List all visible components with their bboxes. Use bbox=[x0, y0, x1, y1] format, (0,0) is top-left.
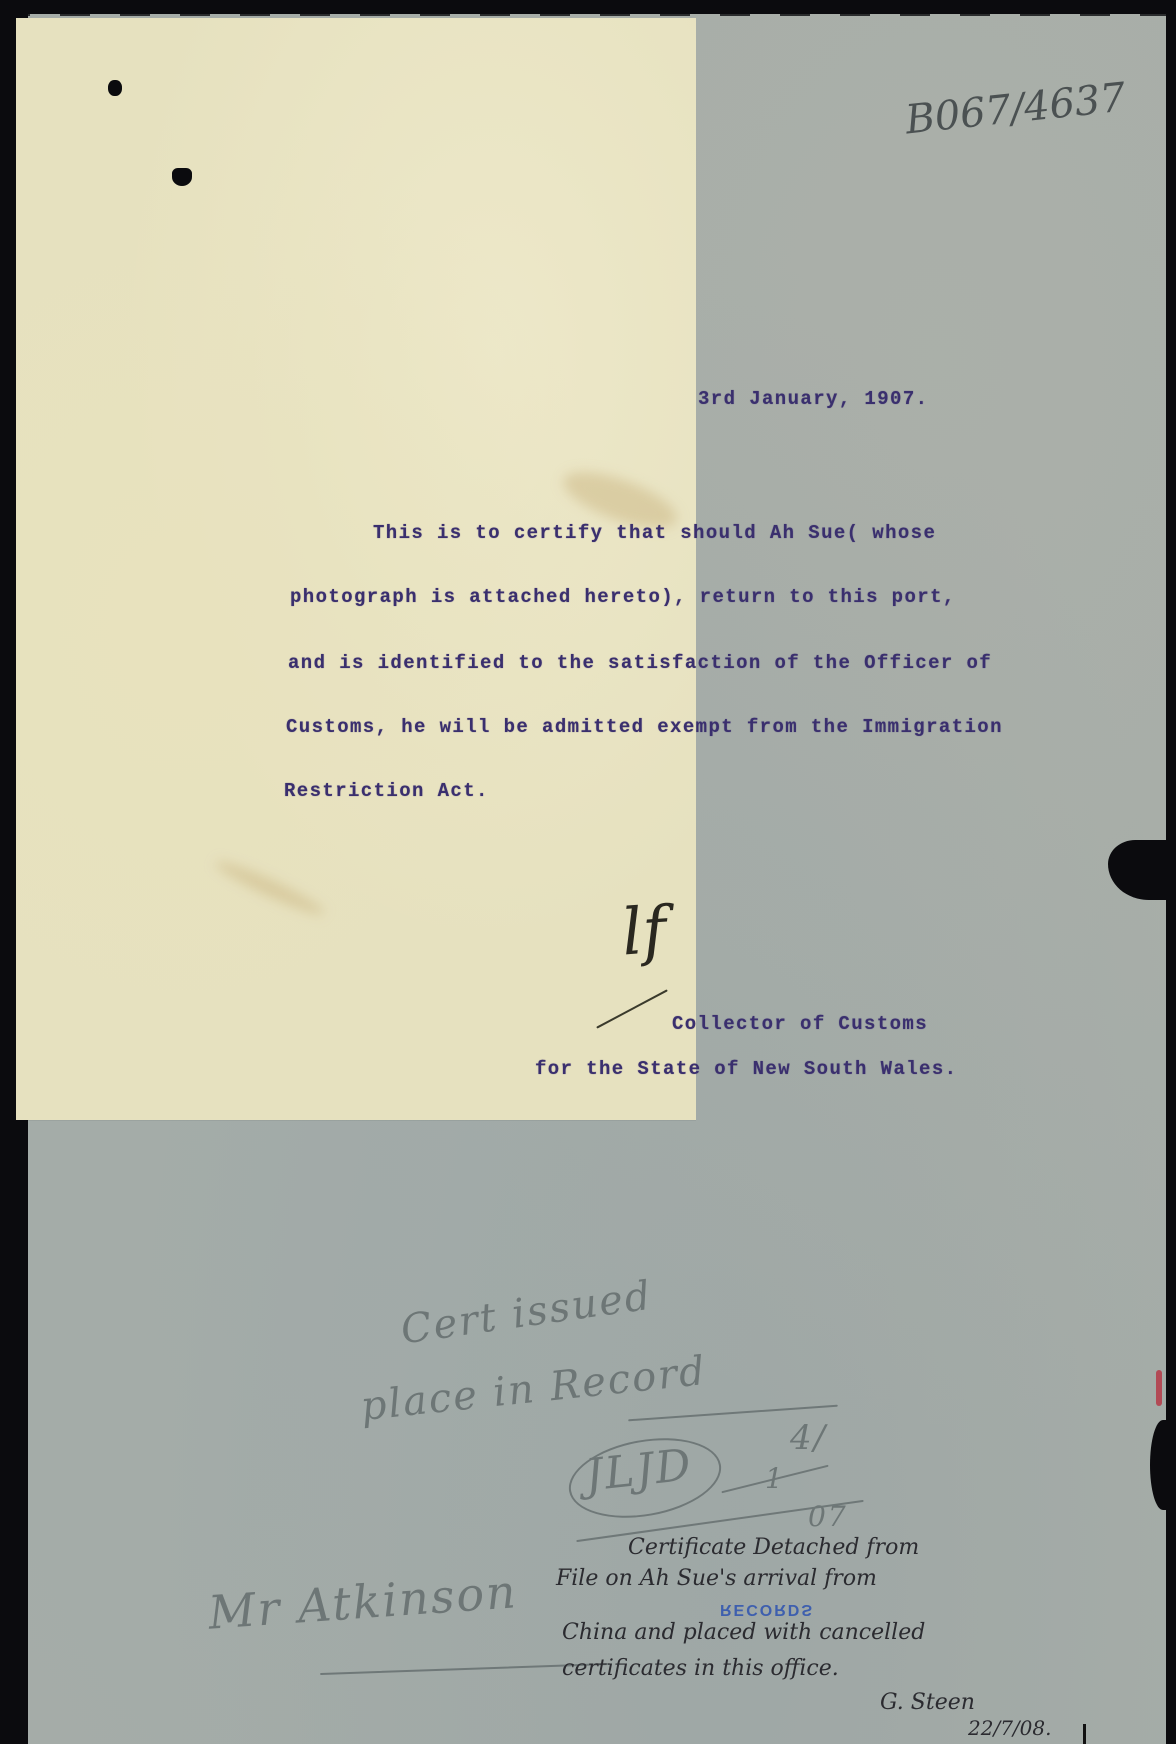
ink-note-line-1: Certificate Detached from bbox=[628, 1535, 919, 1560]
body-line-2: photograph is attached hereto), return t… bbox=[290, 586, 956, 608]
torn-top-edge bbox=[0, 0, 1176, 16]
signatory-jurisdiction: for the State of New South Wales. bbox=[535, 1058, 957, 1080]
edge-mark bbox=[1083, 1724, 1086, 1744]
certificate-paper bbox=[16, 18, 696, 1120]
body-line-1: This is to certify that should Ah Sue( w… bbox=[373, 522, 936, 544]
torn-edge-right-lower bbox=[1150, 1420, 1176, 1510]
collector-signature: lf bbox=[619, 894, 668, 971]
body-line-5: Restriction Act. bbox=[284, 780, 489, 802]
punch-hole bbox=[172, 168, 192, 186]
ink-signature: G. Steen bbox=[880, 1690, 975, 1715]
ink-note-line-2: File on Ah Sue's arrival from bbox=[556, 1566, 877, 1591]
pencil-date-day: 4/ bbox=[790, 1418, 827, 1458]
ink-date: 22/7/08. bbox=[968, 1716, 1051, 1740]
records-stamp: RECORDS bbox=[720, 1600, 814, 1618]
signatory-title: Collector of Customs bbox=[672, 1013, 928, 1035]
pencil-date-month: 1 bbox=[765, 1462, 785, 1495]
body-line-3: and is identified to the satisfaction of… bbox=[288, 652, 992, 674]
red-mark bbox=[1156, 1370, 1162, 1406]
document-date: 3rd January, 1907. bbox=[698, 388, 928, 410]
ink-note-line-4: certificates in this office. bbox=[562, 1656, 839, 1681]
ink-note-line-3: China and placed with cancelled bbox=[562, 1620, 925, 1645]
punch-hole bbox=[108, 80, 122, 96]
body-line-4: Customs, he will be admitted exempt from… bbox=[286, 716, 1003, 738]
